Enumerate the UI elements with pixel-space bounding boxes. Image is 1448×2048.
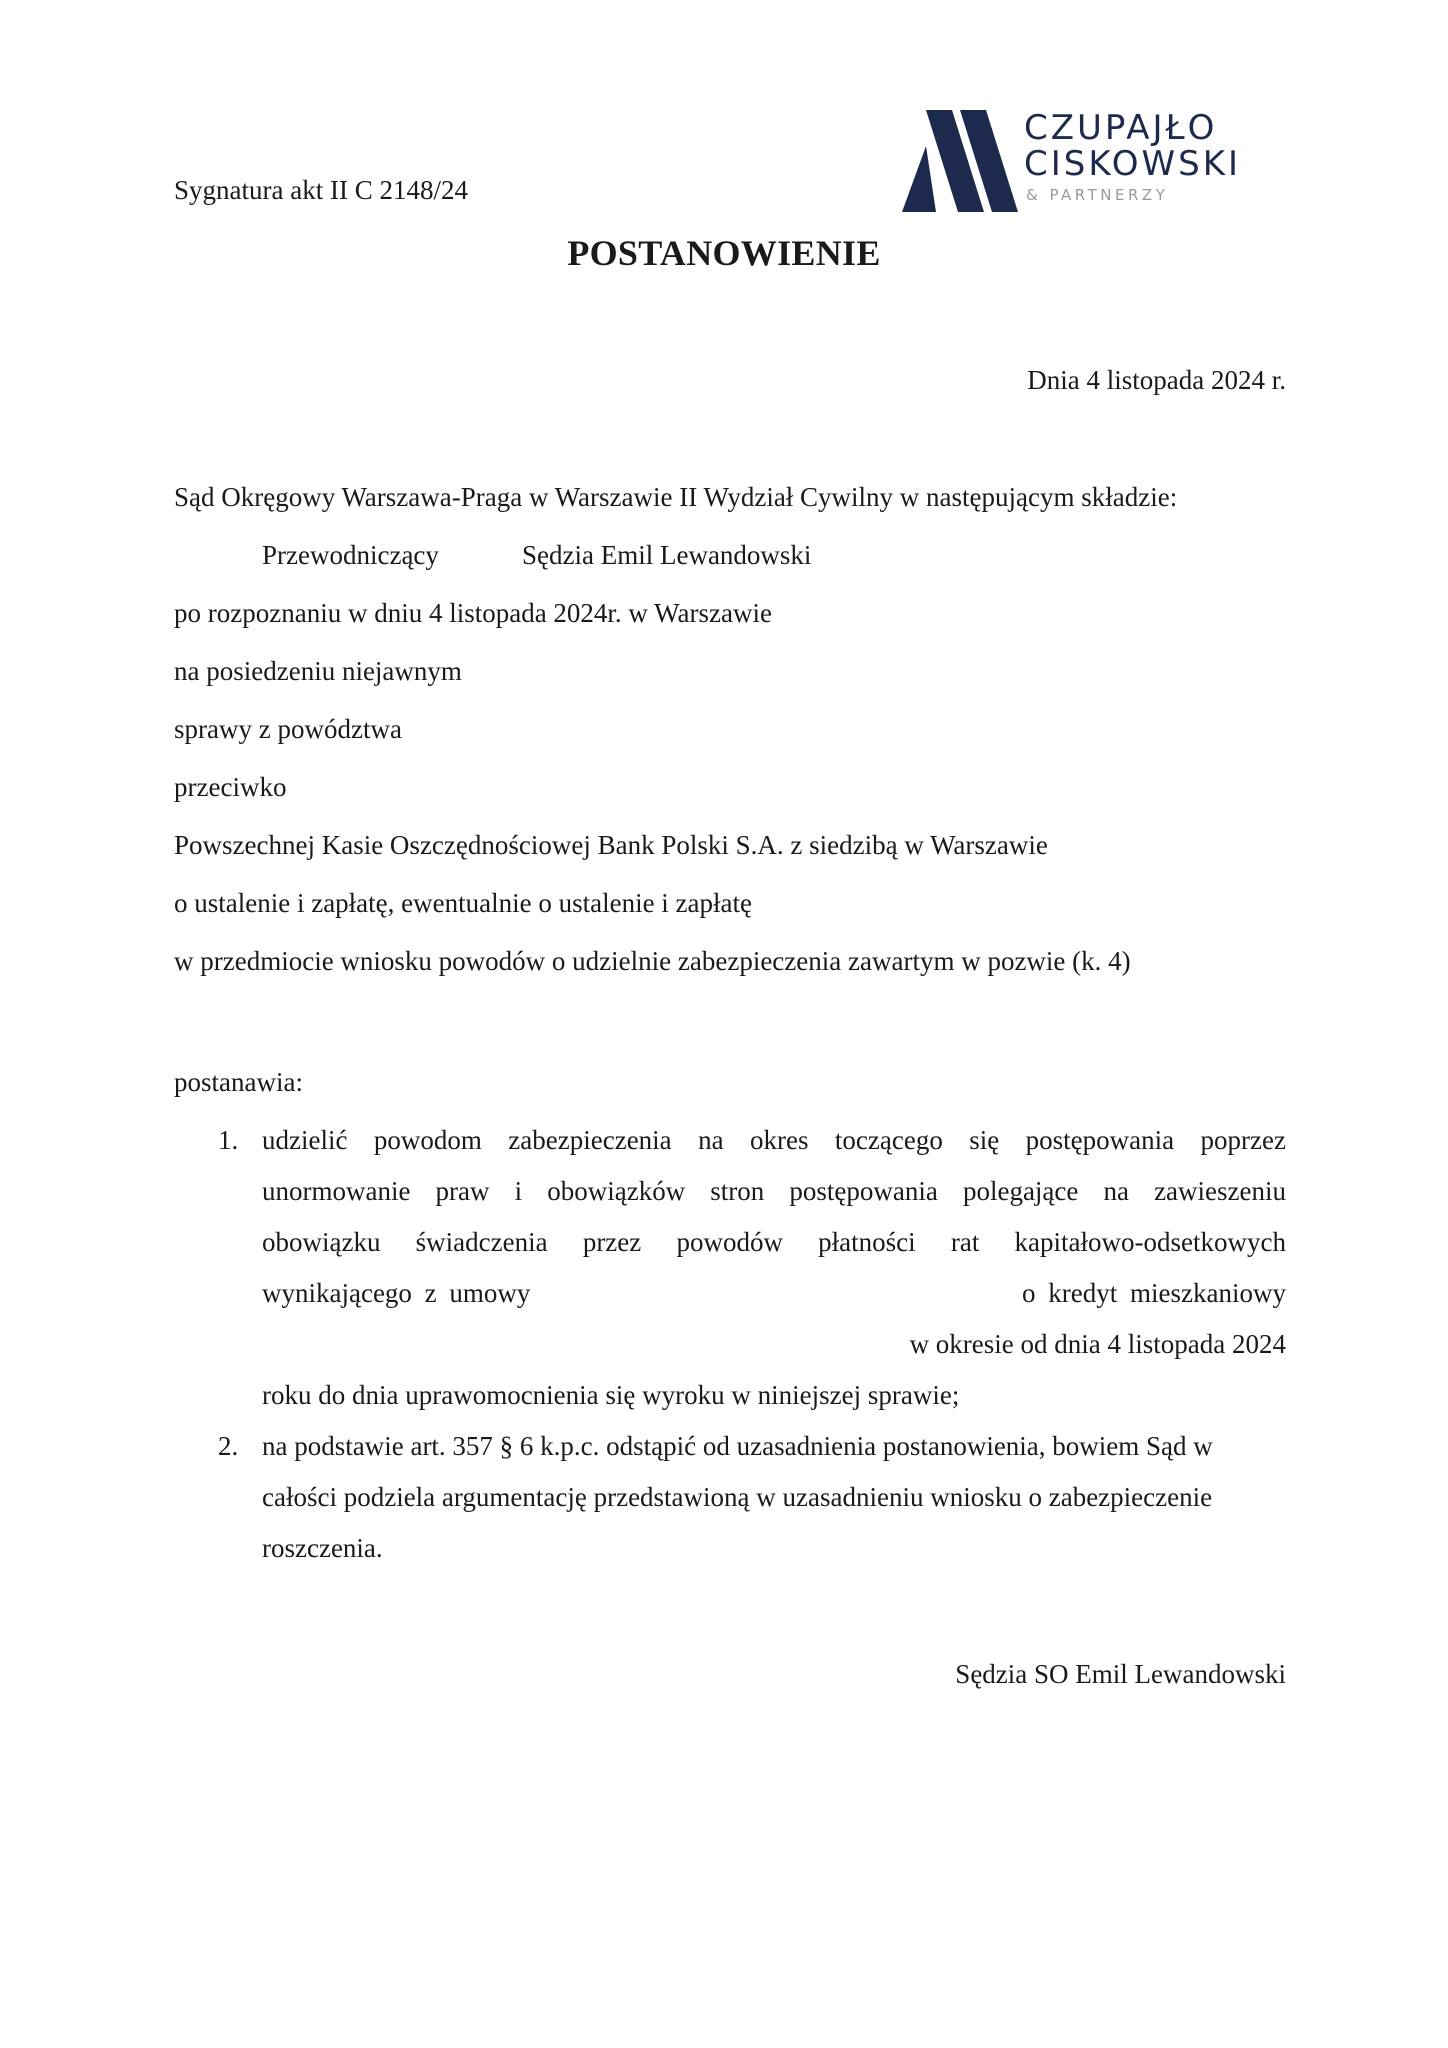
logo-line-2: CISKOWSKI <box>1024 146 1241 182</box>
decision-number: 2. <box>218 1430 238 1462</box>
defendant: Powszechnej Kasie Oszczędnościowej Bank … <box>174 829 1048 861</box>
motion-subject: w przedmiocie wniosku powodów o udzielni… <box>174 945 1131 977</box>
decision-line: w okresie od dnia 4 listopada 2024 <box>910 1328 1286 1360</box>
decision-line: udzielić powodom zabezpieczenia na okres… <box>262 1124 1286 1156</box>
decision-line: obowiązku świadczenia przez powodów płat… <box>262 1226 1286 1258</box>
session-type: na posiedzeniu niejawnym <box>174 655 462 687</box>
case-number: Sygnatura akt II C 2148/24 <box>174 174 468 206</box>
decision-line: unormowanie praw i obowiązków stron post… <box>262 1175 1286 1207</box>
decision-number: 1. <box>218 1124 238 1156</box>
presiding-label: Przewodniczący <box>262 539 439 571</box>
decision-line: o kredyt mieszkaniowy <box>1022 1277 1286 1309</box>
law-firm-logo: CZUPAJŁO CISKOWSKI & PARTNERZY <box>902 108 1282 212</box>
logo-line-1: CZUPAJŁO <box>1024 110 1217 146</box>
decision-line: roku do dnia uprawomocnienia się wyroku … <box>262 1379 959 1411</box>
decision-line: roszczenia. <box>262 1532 383 1564</box>
decision-line: na podstawie art. 357 § 6 k.p.c. odstąpi… <box>262 1430 1213 1462</box>
against: przeciwko <box>174 771 286 803</box>
document-title: POSTANOWIENIE <box>0 232 1448 274</box>
document-date: Dnia 4 listopada 2024 r. <box>1027 364 1286 396</box>
decision-item-2: 2. na podstawie art. 357 § 6 k.p.c. odst… <box>174 1430 1286 1600</box>
presiding-judge: Sędzia Emil Lewandowski <box>522 539 811 571</box>
case-of: sprawy z powództwa <box>174 713 402 745</box>
decision-line: wynikającego z umowy <box>262 1277 530 1309</box>
decision-line: całości podziela argumentację przedstawi… <box>262 1481 1212 1513</box>
court-composition: Sąd Okręgowy Warszawa-Praga w Warszawie … <box>174 481 1177 513</box>
claim-subject: o ustalenie i zapłatę, ewentualnie o ust… <box>174 887 752 919</box>
logo-line-3: & PARTNERZY <box>1026 186 1168 204</box>
judge-signature: Sędzia SO Emil Lewandowski <box>955 1658 1286 1690</box>
decides-heading: postanawia: <box>174 1066 303 1098</box>
logo-mark-icon <box>902 108 1020 212</box>
hearing-info: po rozpoznaniu w dniu 4 listopada 2024r.… <box>174 597 772 629</box>
